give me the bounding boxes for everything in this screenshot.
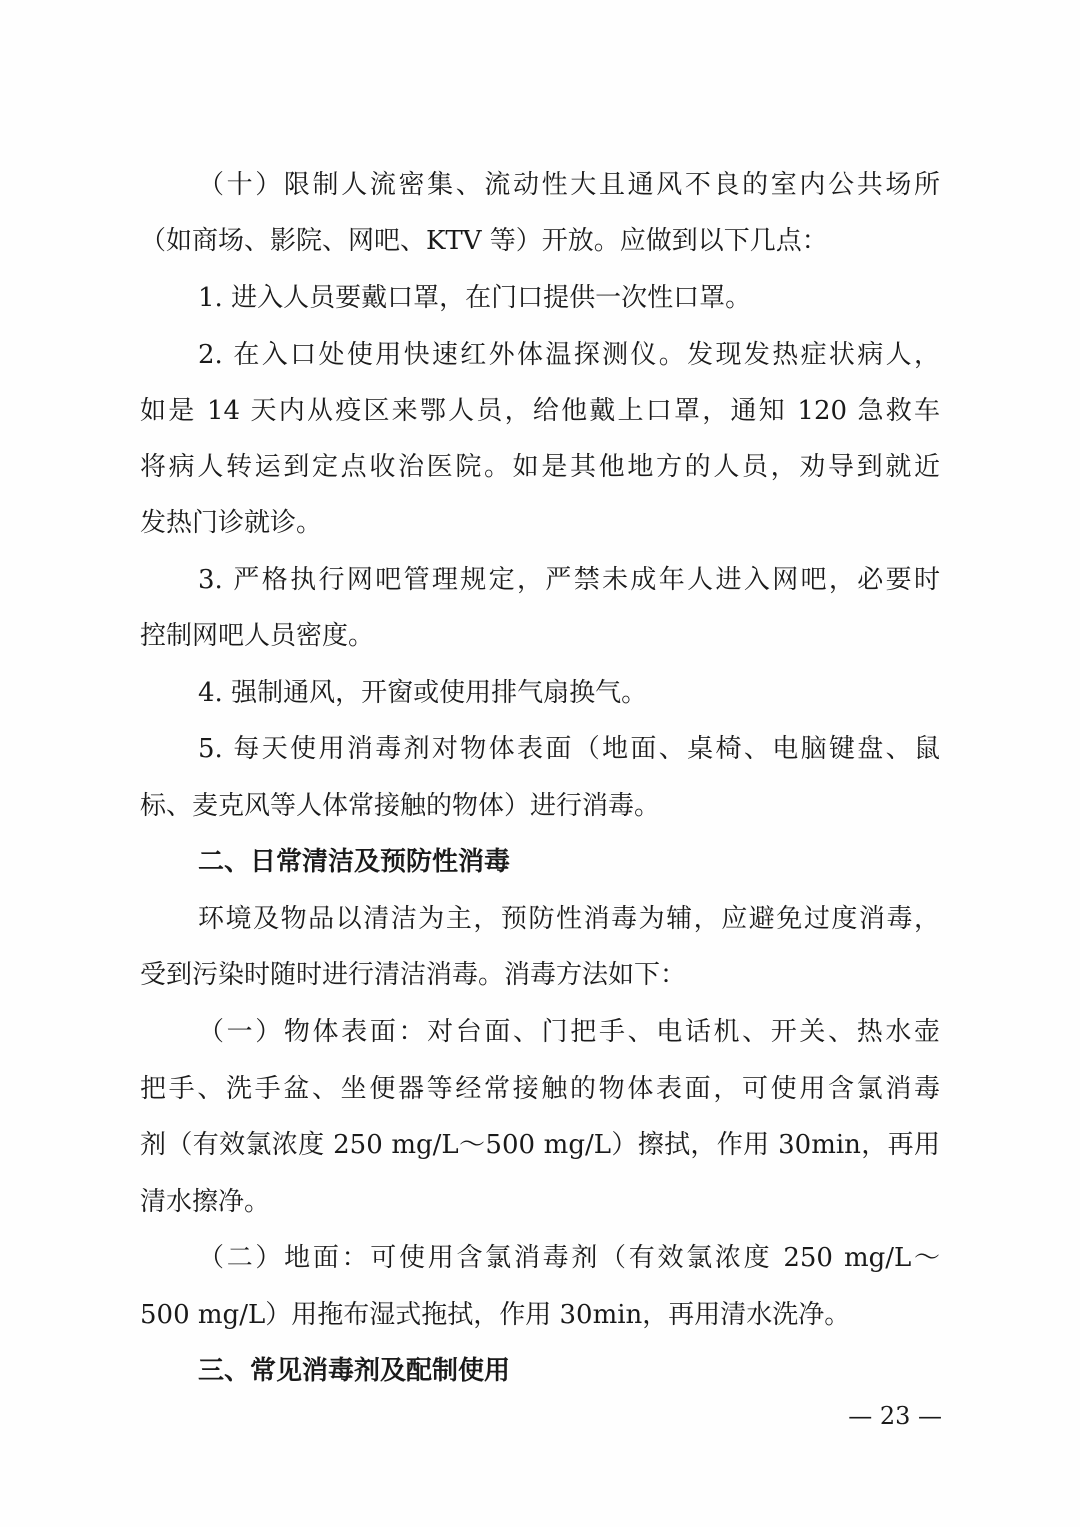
item-5-line-1: 5. 每天使用消毒剂对物体表面（地面、桌椅、电脑键盘、鼠 [198, 729, 940, 769]
item-4: 4. 强制通风，开窗或使用排气扇换气。 [198, 673, 940, 713]
subsection-1-line-3: 剂（有效氯浓度 250 mg/L～500 mg/L）擦拭，作用 30min，再用 [140, 1125, 940, 1165]
page-number: — 23 — [838, 1398, 942, 1434]
paragraph-10-line-2: （如商场、影院、网吧、KTV 等）开放。应做到以下几点： [140, 221, 940, 261]
section-heading-2: 二、日常清洁及预防性消毒 [198, 842, 940, 882]
item-3-line-2: 控制网吧人员密度。 [140, 616, 940, 656]
subsection-1-line-1: （一）物体表面：对台面、门把手、电话机、开关、热水壶 [198, 1012, 940, 1052]
section-heading-3: 三、常见消毒剂及配制使用 [198, 1351, 940, 1391]
item-2-line-3: 将病人转运到定点收治医院。如是其他地方的人员，劝导到就近 [140, 447, 940, 487]
item-2-line-1: 2. 在入口处使用快速红外体温探测仪。发现发热症状病人， [198, 335, 940, 375]
item-2-line-2: 如是 14 天内从疫区来鄂人员，给他戴上口罩，通知 120 急救车 [140, 391, 940, 431]
subsection-1-line-2: 把手、洗手盆、坐便器等经常接触的物体表面，可使用含氯消毒 [140, 1069, 940, 1109]
item-2-line-4: 发热门诊就诊。 [140, 503, 940, 543]
section-2-intro-line-2: 受到污染时随时进行清洁消毒。消毒方法如下： [140, 955, 940, 995]
item-1: 1. 进入人员要戴口罩，在门口提供一次性口罩。 [198, 278, 940, 318]
item-3-line-1: 3. 严格执行网吧管理规定，严禁未成年人进入网吧，必要时 [198, 560, 940, 600]
paragraph-10-line-1: （十）限制人流密集、流动性大且通风不良的室内公共场所 [198, 165, 940, 205]
item-5-line-2: 标、麦克风等人体常接触的物体）进行消毒。 [140, 786, 940, 826]
document-page: （十）限制人流密集、流动性大且通风不良的室内公共场所 （如商场、影院、网吧、KT… [0, 0, 1080, 1527]
subsection-2-line-1: （二）地面：可使用含氯消毒剂（有效氯浓度 250 mg/L～ [198, 1238, 940, 1278]
subsection-1-line-4: 清水擦净。 [140, 1182, 940, 1222]
section-2-intro-line-1: 环境及物品以清洁为主，预防性消毒为辅，应避免过度消毒， [198, 899, 940, 939]
subsection-2-line-2: 500 mg/L）用拖布湿式拖拭，作用 30min，再用清水洗净。 [140, 1295, 940, 1335]
